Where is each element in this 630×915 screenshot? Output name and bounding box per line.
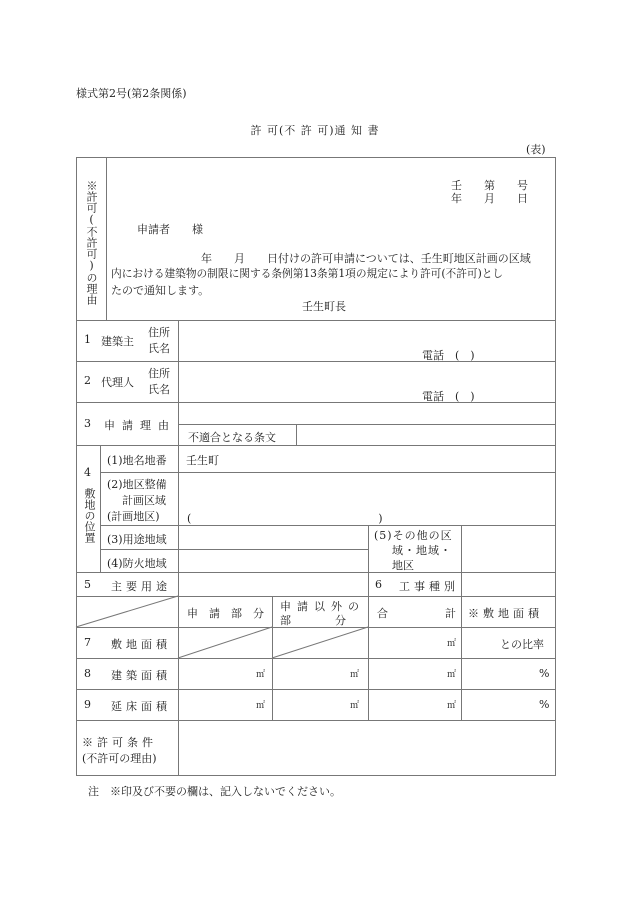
diagonal-slash bbox=[178, 627, 272, 658]
main-use-number: 5 bbox=[84, 578, 91, 591]
fire-zone-label: (4)防火地域 bbox=[107, 555, 167, 571]
nonconforming-article-label: 不適合となる条文 bbox=[188, 429, 276, 445]
floor-area-applied-unit: ㎡ bbox=[256, 698, 265, 711]
signatory: 壬生町長 bbox=[302, 298, 346, 314]
notice-body-line-1: 年 月 日付けの許可申請については、壬生町地区計画の区域 bbox=[201, 250, 531, 266]
notice-body-line-3: たので通知します。 bbox=[111, 282, 209, 298]
other-zone-label-3: 地区 bbox=[392, 557, 414, 573]
divider bbox=[296, 424, 297, 445]
district-plan-label-2: 計画区域 bbox=[122, 492, 166, 508]
agent-name-label: 氏名 bbox=[148, 381, 170, 397]
divider bbox=[106, 157, 107, 320]
conditions-label-1: ※許可条件 bbox=[82, 734, 157, 750]
owner-address-label: 住所 bbox=[148, 324, 170, 340]
divider bbox=[76, 658, 556, 659]
agent-number: 2 bbox=[84, 374, 91, 387]
building-area-other-unit: ㎡ bbox=[350, 667, 359, 680]
district-plan-value: ( ) bbox=[187, 510, 383, 526]
divider bbox=[461, 525, 462, 720]
floor-area-other-unit: ㎡ bbox=[350, 698, 359, 711]
agent-label: 代理人 bbox=[101, 374, 134, 390]
district-plan-label-3: (計画地区) bbox=[107, 508, 160, 524]
agent-address-label: 住所 bbox=[148, 365, 170, 381]
divider bbox=[76, 320, 556, 321]
main-use-label: 主要用途 bbox=[111, 578, 171, 594]
other-zone-label-2: 域・地域・ bbox=[392, 542, 452, 558]
total-header-left: 合 bbox=[377, 605, 388, 621]
divider bbox=[178, 320, 179, 776]
divider bbox=[100, 549, 368, 550]
reason-label: 申請理由 bbox=[104, 417, 176, 433]
conditions-label-2: (不許可の理由) bbox=[82, 750, 157, 766]
floor-area-total-unit: ㎡ bbox=[447, 698, 456, 711]
lot-number-value: 壬生町 bbox=[186, 452, 219, 468]
divider bbox=[76, 445, 556, 446]
site-ratio-header: ※敷地面積 bbox=[468, 605, 543, 621]
building-area-label: 建築面積 bbox=[111, 667, 171, 683]
form-number: 様式第2号(第2条関係) bbox=[76, 85, 187, 101]
site-area-number: 7 bbox=[84, 636, 91, 649]
site-number: 4 bbox=[84, 466, 91, 479]
divider bbox=[368, 525, 369, 720]
floor-area-ratio-unit: % bbox=[539, 698, 549, 711]
divider bbox=[178, 424, 556, 425]
floor-area-number: 9 bbox=[84, 698, 91, 711]
floor-area-label: 延床面積 bbox=[111, 698, 171, 714]
lot-number-label: (1)地名地番 bbox=[107, 452, 167, 468]
building-area-total-unit: ㎡ bbox=[447, 667, 456, 680]
divider bbox=[76, 720, 556, 721]
front-side-label: (表) bbox=[526, 141, 546, 157]
divider bbox=[100, 472, 556, 473]
use-zone-label: (3)用途地域 bbox=[107, 531, 167, 547]
other-part-header-2: 部 分 bbox=[280, 612, 346, 628]
agent-phone-label: 電話 ( ) bbox=[422, 388, 475, 404]
divider bbox=[76, 572, 556, 573]
other-zone-label-1: (5)その他の区 bbox=[374, 527, 453, 543]
notice-date: 年 月 日 bbox=[451, 190, 528, 206]
site-area-ratio-label: との比率 bbox=[500, 636, 544, 652]
divider bbox=[76, 689, 556, 690]
footer-note: 注 ※印及び不要の欄は、記入しないでください。 bbox=[88, 783, 341, 799]
document-title: 許 可(不 許 可)通 知 書 bbox=[0, 122, 630, 138]
notice-body-line-2: 内における建築物の制限に関する条例第13条第1項の規定により許可(不許可)とし bbox=[111, 266, 503, 281]
district-plan-label-1: (2)地区整備 bbox=[107, 476, 167, 492]
site-area-total-unit: ㎡ bbox=[447, 636, 456, 649]
building-area-applied-unit: ㎡ bbox=[256, 667, 265, 680]
divider bbox=[100, 445, 101, 572]
building-area-ratio-unit: % bbox=[539, 667, 549, 680]
owner-name-label: 氏名 bbox=[148, 340, 170, 356]
divider bbox=[76, 361, 556, 362]
site-label: 敷地の位置 bbox=[83, 488, 95, 543]
applicant-name: 申請者 様 bbox=[137, 221, 203, 237]
diagonal-slash bbox=[272, 627, 368, 658]
applied-part-header: 申請部分 bbox=[187, 605, 275, 621]
work-type-label: 工事種別 bbox=[399, 578, 459, 594]
divider bbox=[76, 402, 556, 403]
site-area-label: 敷地面積 bbox=[111, 636, 171, 652]
reason-number: 3 bbox=[84, 417, 91, 430]
total-header-right: 計 bbox=[445, 605, 456, 621]
diagonal-slash bbox=[76, 596, 178, 627]
building-area-number: 8 bbox=[84, 667, 91, 680]
notice-side-label: ※許可(不許可)の理由 bbox=[85, 180, 97, 305]
owner-phone-label: 電話 ( ) bbox=[422, 347, 475, 363]
owner-label: 建築主 bbox=[101, 333, 134, 349]
owner-number: 1 bbox=[84, 333, 91, 346]
work-type-number: 6 bbox=[375, 578, 382, 591]
